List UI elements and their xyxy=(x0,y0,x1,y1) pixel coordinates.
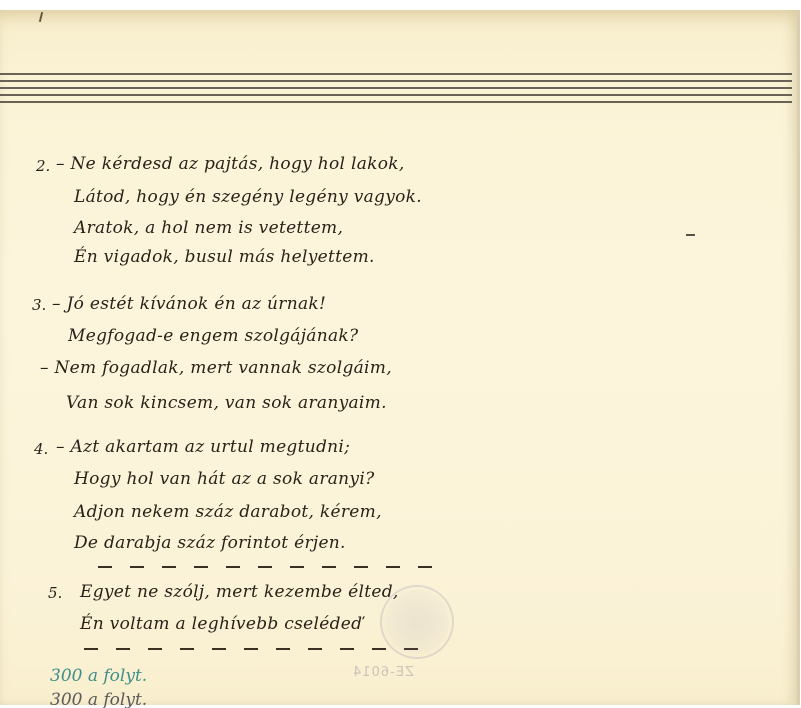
gray-pencil-note: 300 a folyt. xyxy=(50,690,147,708)
verse-line: Aratok, a hol nem is vetettem, xyxy=(74,218,343,238)
verse-line: – Nem fogadlak, mert vannak szolgáim, xyxy=(40,358,392,378)
verse-line: Van sok kincsem, van sok aranyaim. xyxy=(66,393,387,413)
verse-line: Én vigadok, busul más helyettem. xyxy=(74,247,375,267)
manuscript-page: 2. – Ne kérdesd az pajtás, hogy hol lako… xyxy=(0,10,800,705)
dashed-separator xyxy=(98,566,432,568)
verse-line: De darabja száz forintot érjen. xyxy=(74,533,346,553)
verse-number: 2. xyxy=(36,157,50,175)
dashed-separator xyxy=(84,648,418,650)
verse-line: Egyet ne szólj, mert kezembe élted, xyxy=(80,582,399,602)
verse-line: Megfogad-e engem szolgájának? xyxy=(68,326,358,346)
verse-line: Hogy hol van hát az a sok aranyi? xyxy=(74,469,375,489)
verse-number: 3. xyxy=(32,296,46,314)
faded-round-stamp xyxy=(380,585,454,659)
verse-line: Én voltam a leghívebb cselédeď xyxy=(80,614,362,634)
verse-line: Adjon nekem száz darabot, kérem, xyxy=(74,502,382,522)
verse-number: 5. xyxy=(48,584,62,602)
teal-pencil-note: 300 a folyt. xyxy=(50,666,147,686)
verse-line: – Jó estét kívánok én az úrnak! xyxy=(52,294,326,314)
verse-number: 4. xyxy=(34,440,48,458)
archive-code-stamp: ZE-6014 xyxy=(352,665,414,680)
verse-line: – Azt akartam az urtul megtudni; xyxy=(56,437,350,457)
verse-line: Látod, hogy én szegény legény vagyok. xyxy=(74,187,422,207)
verse-line: – Ne kérdesd az pajtás, hogy hol lakok, xyxy=(56,154,405,174)
